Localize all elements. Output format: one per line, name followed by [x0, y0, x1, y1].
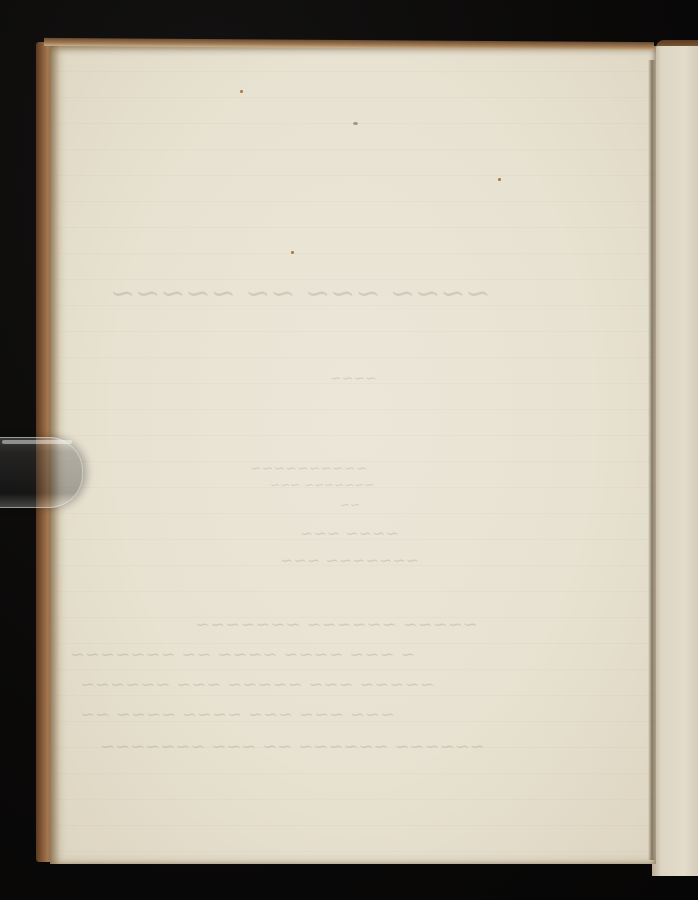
- foxing-spot: [498, 178, 501, 181]
- acrylic-page-weight: [0, 437, 83, 508]
- bleed-through-text: ~~~~ ~~~: [300, 524, 399, 543]
- bleed-through-text: ~~~~~~~~~~: [250, 461, 367, 477]
- bleed-through-text: ~~: [340, 498, 360, 512]
- bleed-through-text: ~~~~~ ~~~ ~~~~~ ~~~ ~~~~~~: [80, 674, 435, 695]
- bleed-through-text: ~ ~~~ ~~~~ ~~~~ ~~ ~~~~~~~: [70, 644, 415, 665]
- bleed-through-text: ~~~~~ ~~~~~~ ~~~~~~~: [195, 614, 478, 635]
- bleed-through-text: ~~~~~~~ ~~~: [280, 551, 419, 570]
- foxing-spot: [353, 122, 358, 125]
- bleed-through-text: ~~~~~~ ~~~~~~ ~~ ~~~ ~~~~~~~: [100, 736, 485, 757]
- clip-highlight: [2, 440, 72, 444]
- manuscript-page: ~~~~ ~~~ ~~ ~~~~~ ~~~~ ~~~~~~~~~~ ~~~~~~…: [50, 46, 656, 864]
- bleed-through-text: ~~~~: [330, 371, 377, 387]
- foxing-spot: [240, 90, 243, 93]
- page-fold-shadow: [648, 60, 656, 860]
- bleed-through-text: ~~~~~~~ ~~~: [270, 478, 374, 492]
- facing-page-edge: [652, 46, 698, 876]
- foxing-spot: [291, 251, 294, 254]
- bleed-through-text: ~~~~ ~~~ ~~ ~~~~~: [110, 276, 491, 311]
- bleed-through-text: ~~~ ~~~ ~~~ ~~~~ ~~~~ ~~: [80, 704, 395, 725]
